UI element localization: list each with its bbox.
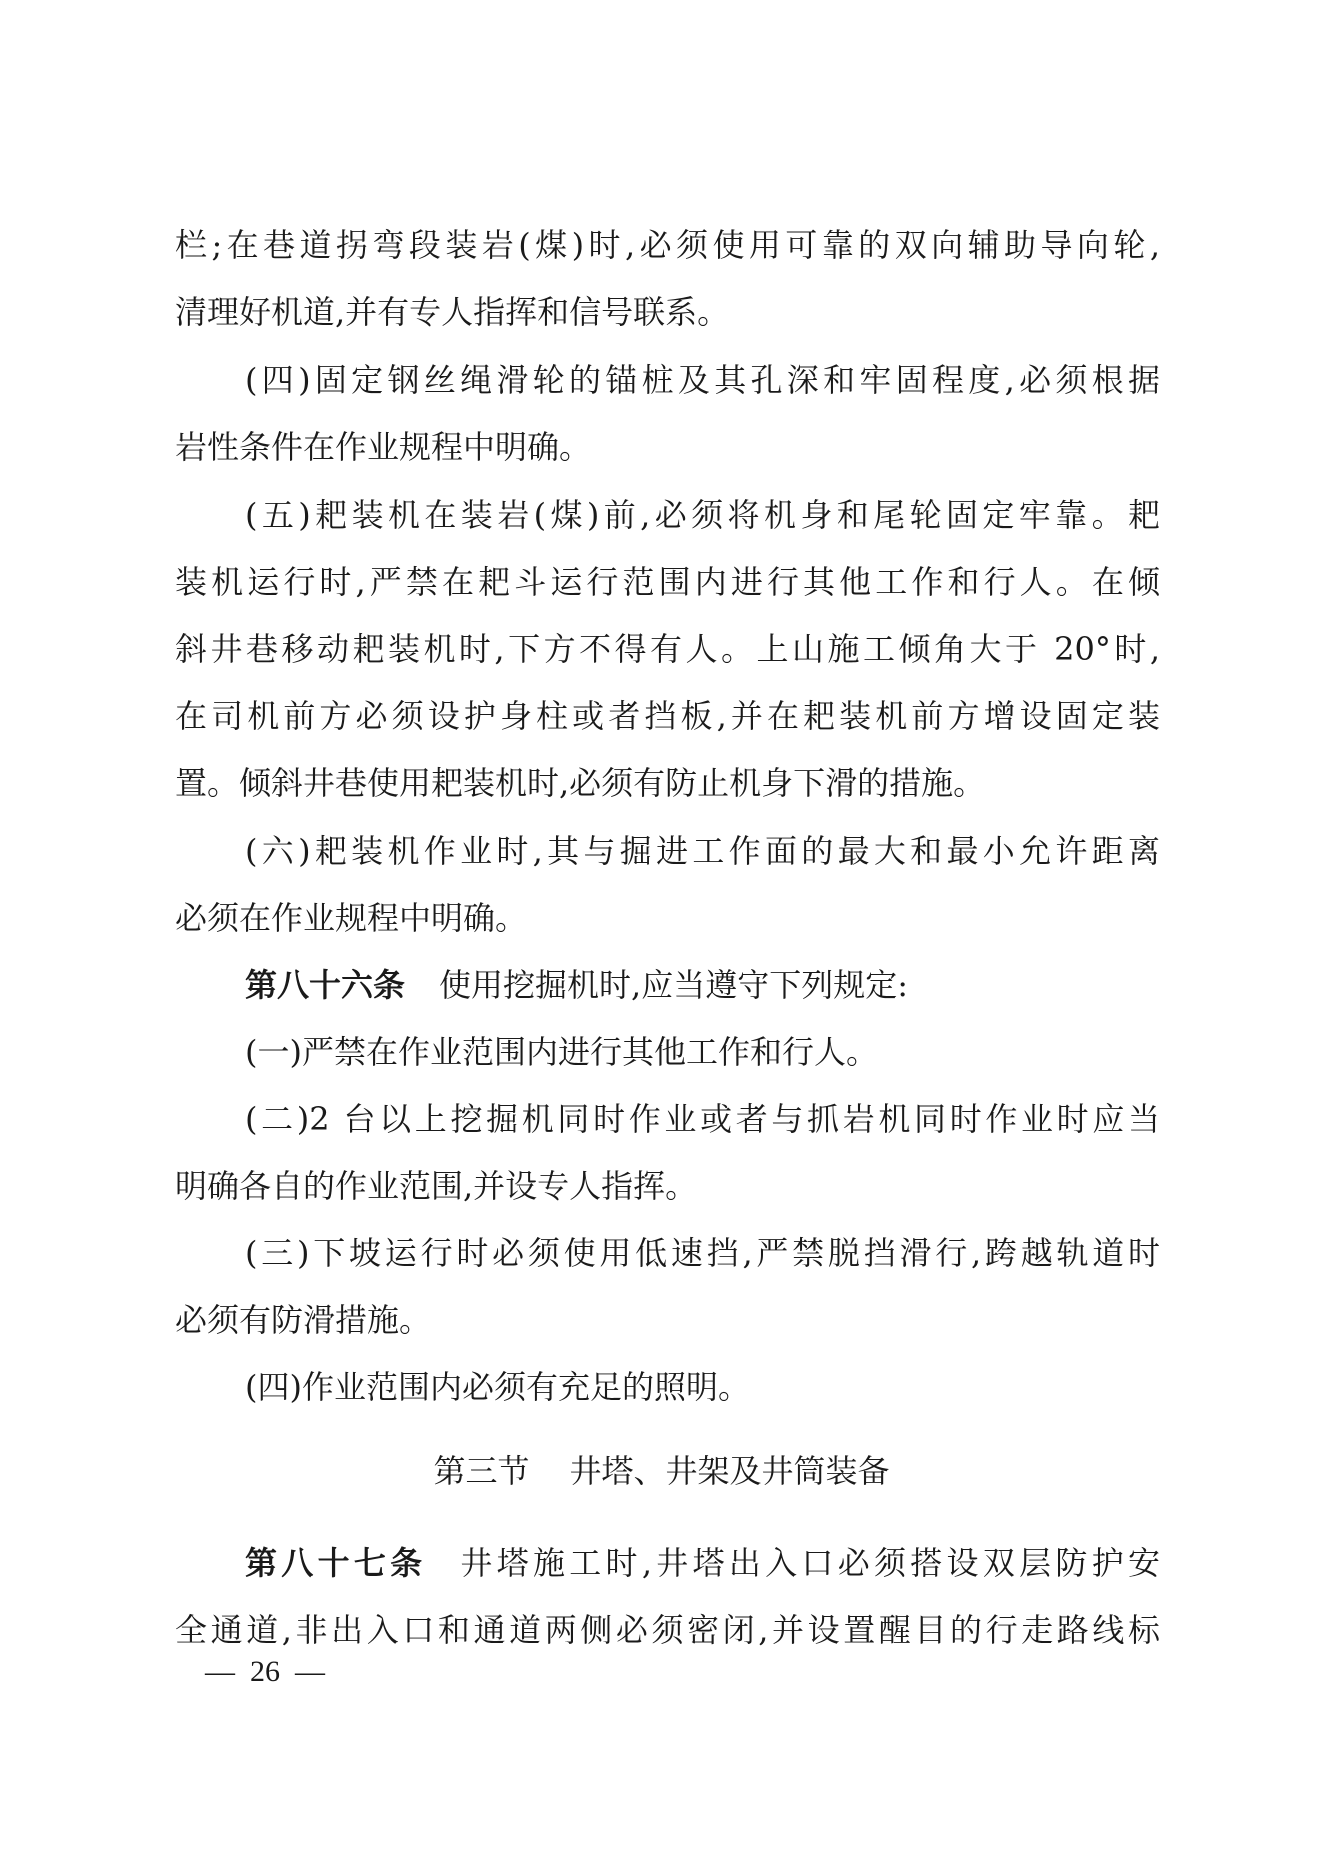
- article-86-heading: 第八十六条: [245, 966, 405, 1004]
- article-87-heading: 第八十七条: [245, 1544, 426, 1582]
- article-87-line: 第八十七条井塔施工时,井塔出入口必须搭设双层防护安: [245, 1543, 1160, 1583]
- article-86-line: 第八十六条使用挖掘机时,应当遵守下列规定:: [245, 965, 1160, 1005]
- document-page: 栏;在巷道拐弯段装岩(煤)时,必须使用可靠的双向辅助导向轮, 清理好机道,并有专…: [0, 0, 1323, 1871]
- section-number: 第三节: [433, 1452, 529, 1490]
- article-86-text: 使用挖掘机时,应当遵守下列规定:: [439, 966, 908, 1004]
- paragraph-line: 必须在作业规程中明确。: [175, 898, 1160, 938]
- article-86-item-3: (三)下坡运行时必须使用低速挡,严禁脱挡滑行,跨越轨道时: [245, 1233, 1160, 1273]
- paragraph-line: 置。倾斜井巷使用耙装机时,必须有防止机身下滑的措施。: [175, 763, 1160, 803]
- paragraph-line: 岩性条件在作业规程中明确。: [175, 427, 1160, 467]
- paragraph-line: 清理好机道,并有专人指挥和信号联系。: [175, 292, 1160, 332]
- paragraph-line: 装机运行时,严禁在耙斗运行范围内进行其他工作和行人。在倾: [175, 562, 1160, 602]
- paragraph-line: 必须有防滑措施。: [175, 1300, 1160, 1340]
- article-86-item-2: (二)2 台以上挖掘机同时作业或者与抓岩机同时作业时应当: [245, 1099, 1160, 1139]
- paragraph-line: 栏;在巷道拐弯段装岩(煤)时,必须使用可靠的双向辅助导向轮,: [175, 225, 1160, 265]
- article-87-text: 井塔施工时,井塔出入口必须搭设双层防护安: [460, 1544, 1160, 1582]
- article-86-item-1: (一)严禁在作业范围内进行其他工作和行人。: [245, 1032, 1160, 1072]
- clause-5-line: (五)耙装机在装岩(煤)前,必须将机身和尾轮固定牢靠。耙: [245, 495, 1160, 535]
- article-86-item-4: (四)作业范围内必须有充足的照明。: [245, 1367, 1160, 1407]
- section-title: 井塔、井架及井筒装备: [570, 1452, 890, 1490]
- clause-4-line: (四)固定钢丝绳滑轮的锚桩及其孔深和牢固程度,必须根据: [245, 360, 1160, 400]
- section-heading: 第三节井塔、井架及井筒装备: [0, 1451, 1323, 1491]
- paragraph-line: 在司机前方必须设护身柱或者挡板,并在耙装机前方增设固定装: [175, 696, 1160, 736]
- paragraph-line: 全通道,非出入口和通道两侧必须密闭,并设置醒目的行走路线标: [175, 1610, 1160, 1650]
- page-number: — 26 —: [205, 1652, 325, 1692]
- paragraph-line: 明确各自的作业范围,并设专人指挥。: [175, 1166, 1160, 1206]
- clause-6-line: (六)耙装机作业时,其与掘进工作面的最大和最小允许距离: [245, 831, 1160, 871]
- paragraph-line: 斜井巷移动耙装机时,下方不得有人。上山施工倾角大于 20°时,: [175, 629, 1160, 669]
